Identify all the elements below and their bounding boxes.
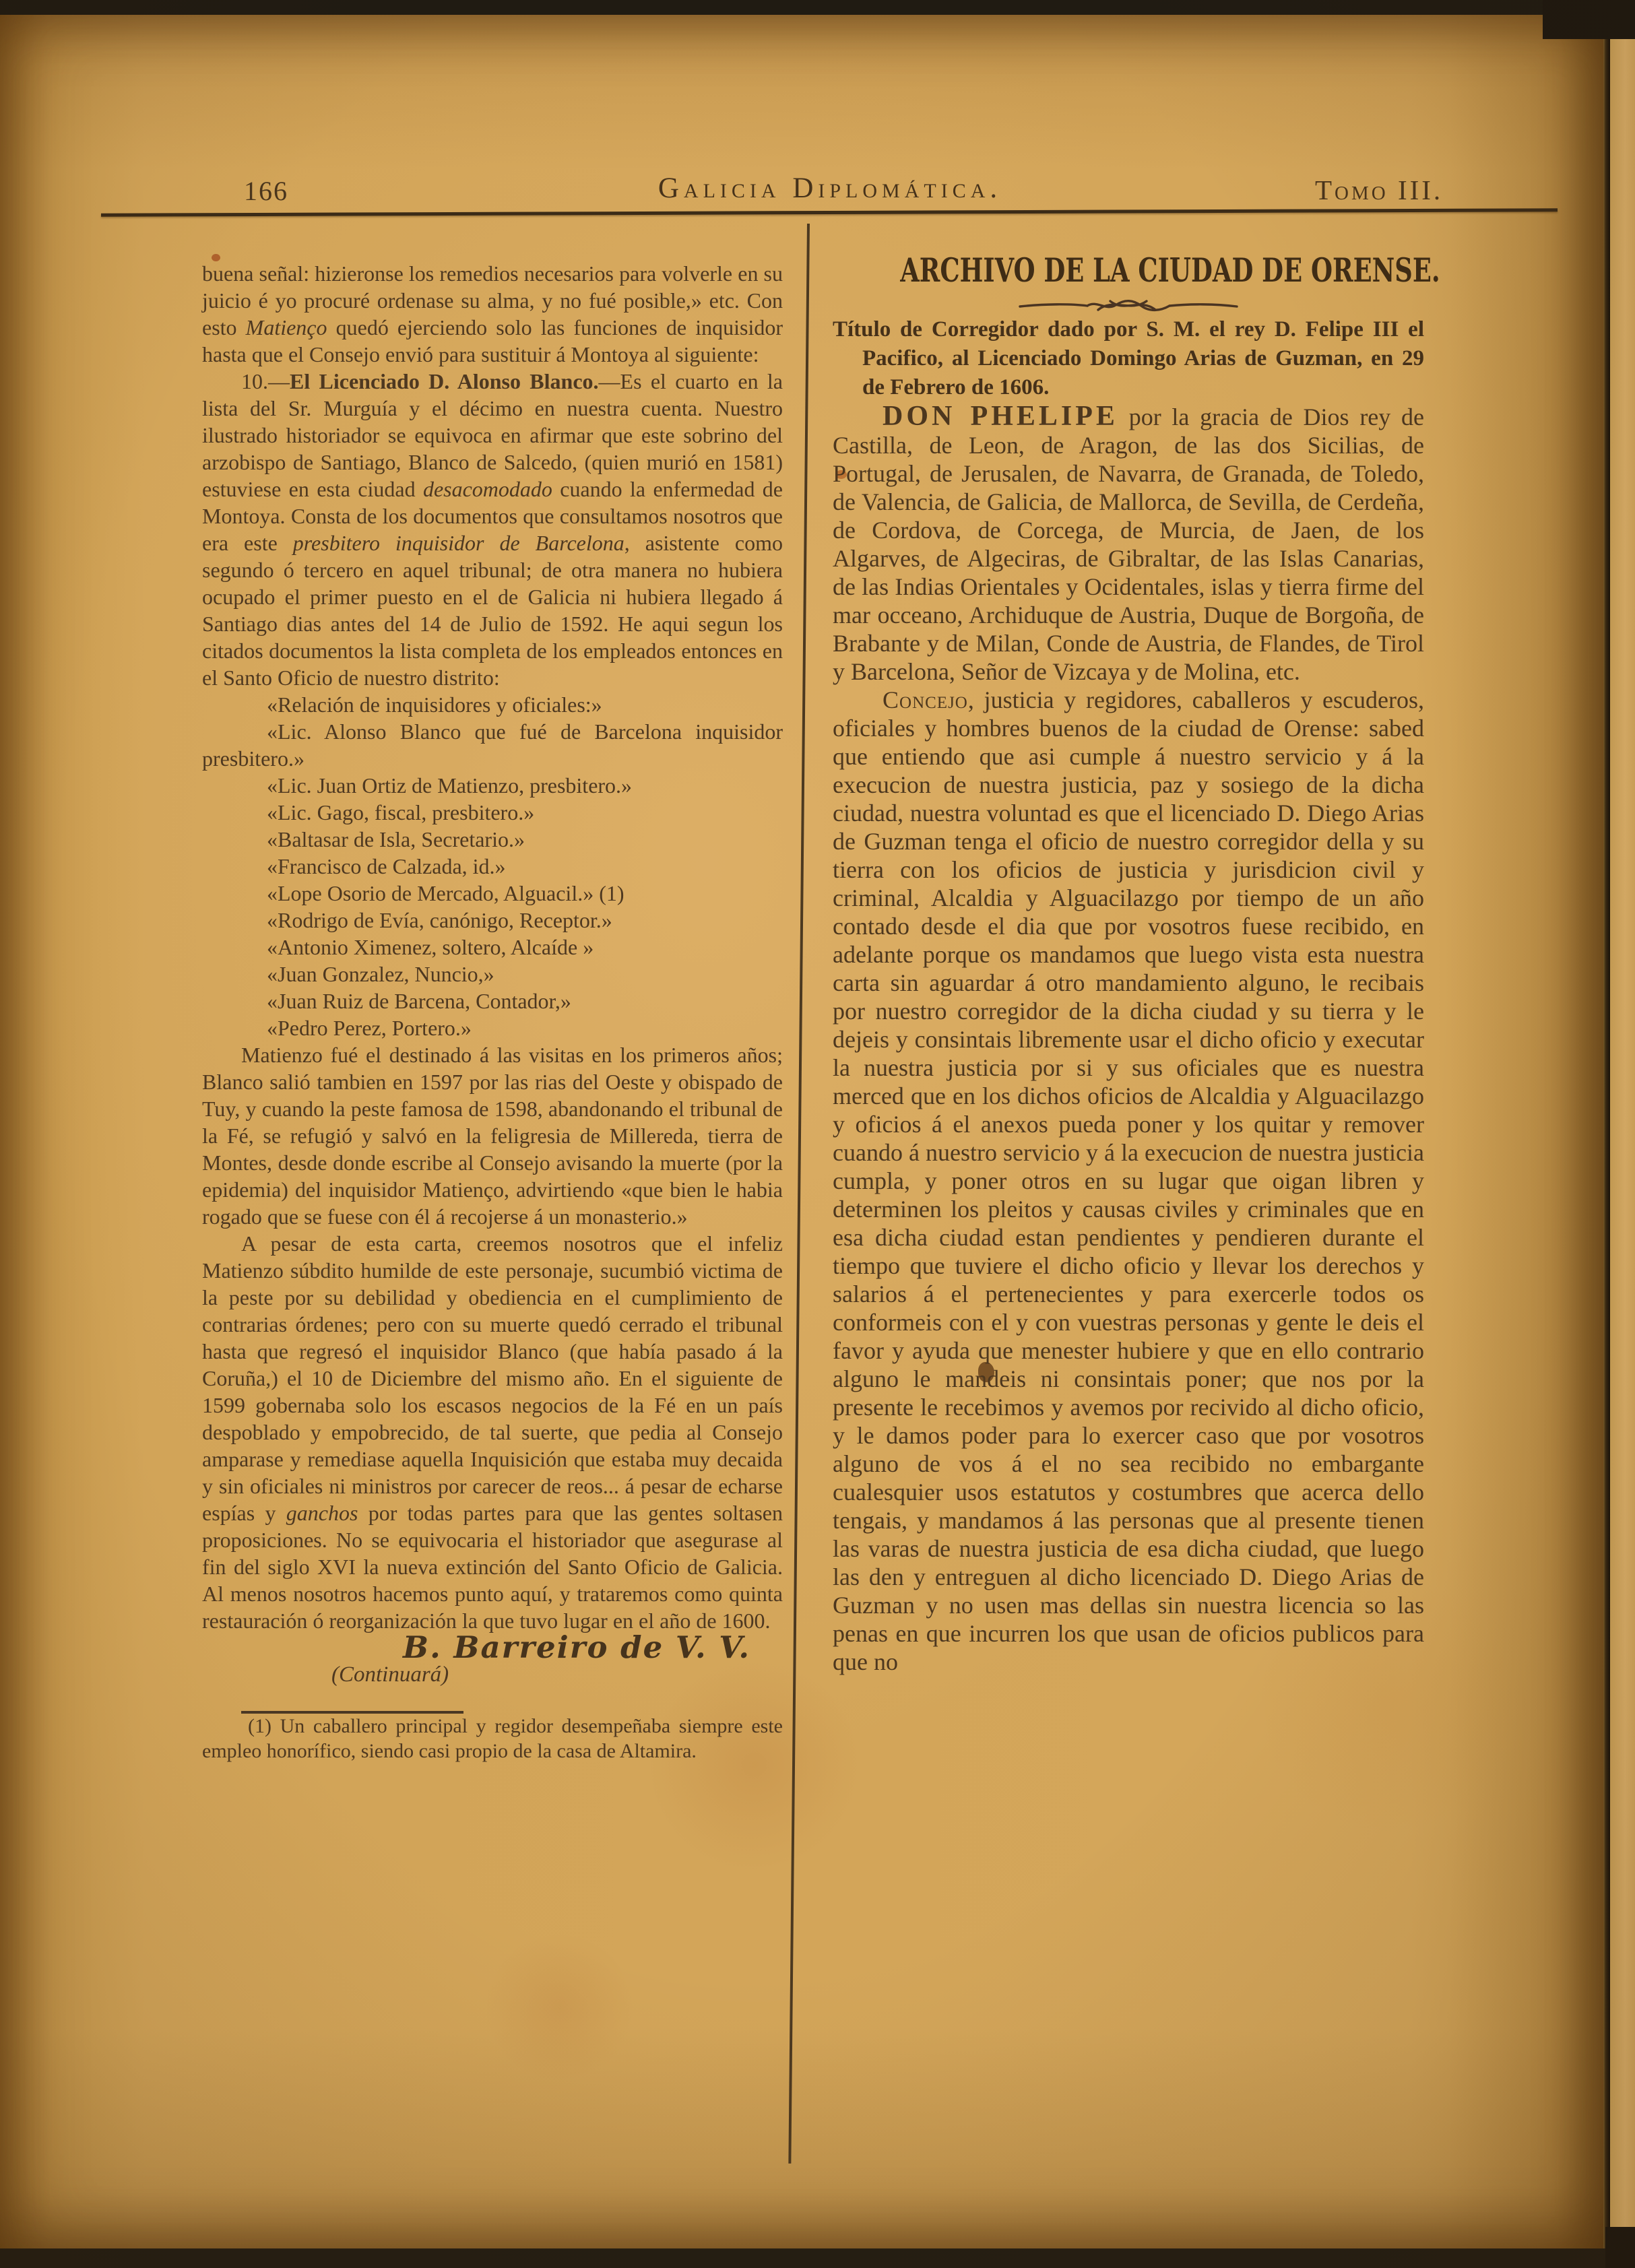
list-item: «Lope Osorio de Mercado, Alguacil.» (1) xyxy=(202,880,783,907)
left-column: buena señal: hizieronse los remedios nec… xyxy=(202,260,783,1763)
list-item: «Juan Gonzalez, Nuncio,» xyxy=(202,961,783,987)
royal-decree-paragraph: Concejo, justicia y regidores, caballero… xyxy=(833,686,1424,1676)
continuation-note: (Continuará) xyxy=(202,1661,783,1688)
paragraph: 10.—El Licenciado D. Alonso Blanco.—Es e… xyxy=(202,368,783,691)
next-page-edge xyxy=(1610,36,1635,2230)
page-seam xyxy=(1603,0,1610,2268)
paragraph: A pesar de esta carta, creemos nosotros … xyxy=(202,1230,783,1634)
list-item: «Francisco de Calzada, id.» xyxy=(202,853,783,880)
list-item: «Relación de inquisidores y oficiales:» xyxy=(202,691,783,718)
author-signature: B. Barreiro de V. V. xyxy=(202,1634,783,1661)
article-subtitle: Título de Corregidor dado por S. M. el r… xyxy=(833,315,1424,402)
paragraph: Matienzo fué el destinado á las visitas … xyxy=(202,1041,783,1230)
journal-title: Galicia Diplomática. xyxy=(658,172,1002,205)
volume-label: Tomo III. xyxy=(1315,174,1443,206)
flourish-divider-icon xyxy=(1017,295,1240,315)
footnote: (1) Un caballero principal y regidor des… xyxy=(202,1714,783,1763)
bottom-border xyxy=(1605,2227,1635,2268)
article-title: ARCHIVO DE LA CIUDAD DE ORENSE. xyxy=(833,256,1424,284)
right-column: ARCHIVO DE LA CIUDAD DE ORENSE. Título d… xyxy=(833,256,1424,1676)
inquisitor-list: «Relación de inquisidores y oficiales:» … xyxy=(202,691,783,1041)
top-border xyxy=(0,0,1635,15)
paragraph: buena señal: hizieronse los remedios nec… xyxy=(202,260,783,368)
bottom-border xyxy=(0,2248,1635,2268)
page-number: 166 xyxy=(244,175,288,207)
top-border xyxy=(1543,0,1635,39)
list-item: «Lic. Alonso Blanco que fué de Barcelona… xyxy=(202,718,783,772)
list-item: «Baltasar de Isla, Secretario.» xyxy=(202,826,783,853)
list-item: «Lic. Juan Ortiz de Matienzo, presbitero… xyxy=(202,772,783,799)
royal-decree-paragraph: DON PHELIPE por la gracia de Dios rey de… xyxy=(833,402,1424,686)
list-item: «Antonio Ximenez, soltero, Alcaíde » xyxy=(202,934,783,961)
list-item: «Pedro Perez, Portero.» xyxy=(202,1014,783,1041)
list-item: «Rodrigo de Evía, canónigo, Receptor.» xyxy=(202,907,783,934)
list-item: «Juan Ruiz de Barcena, Contador,» xyxy=(202,987,783,1014)
list-item: «Lic. Gago, fiscal, presbitero.» xyxy=(202,799,783,826)
